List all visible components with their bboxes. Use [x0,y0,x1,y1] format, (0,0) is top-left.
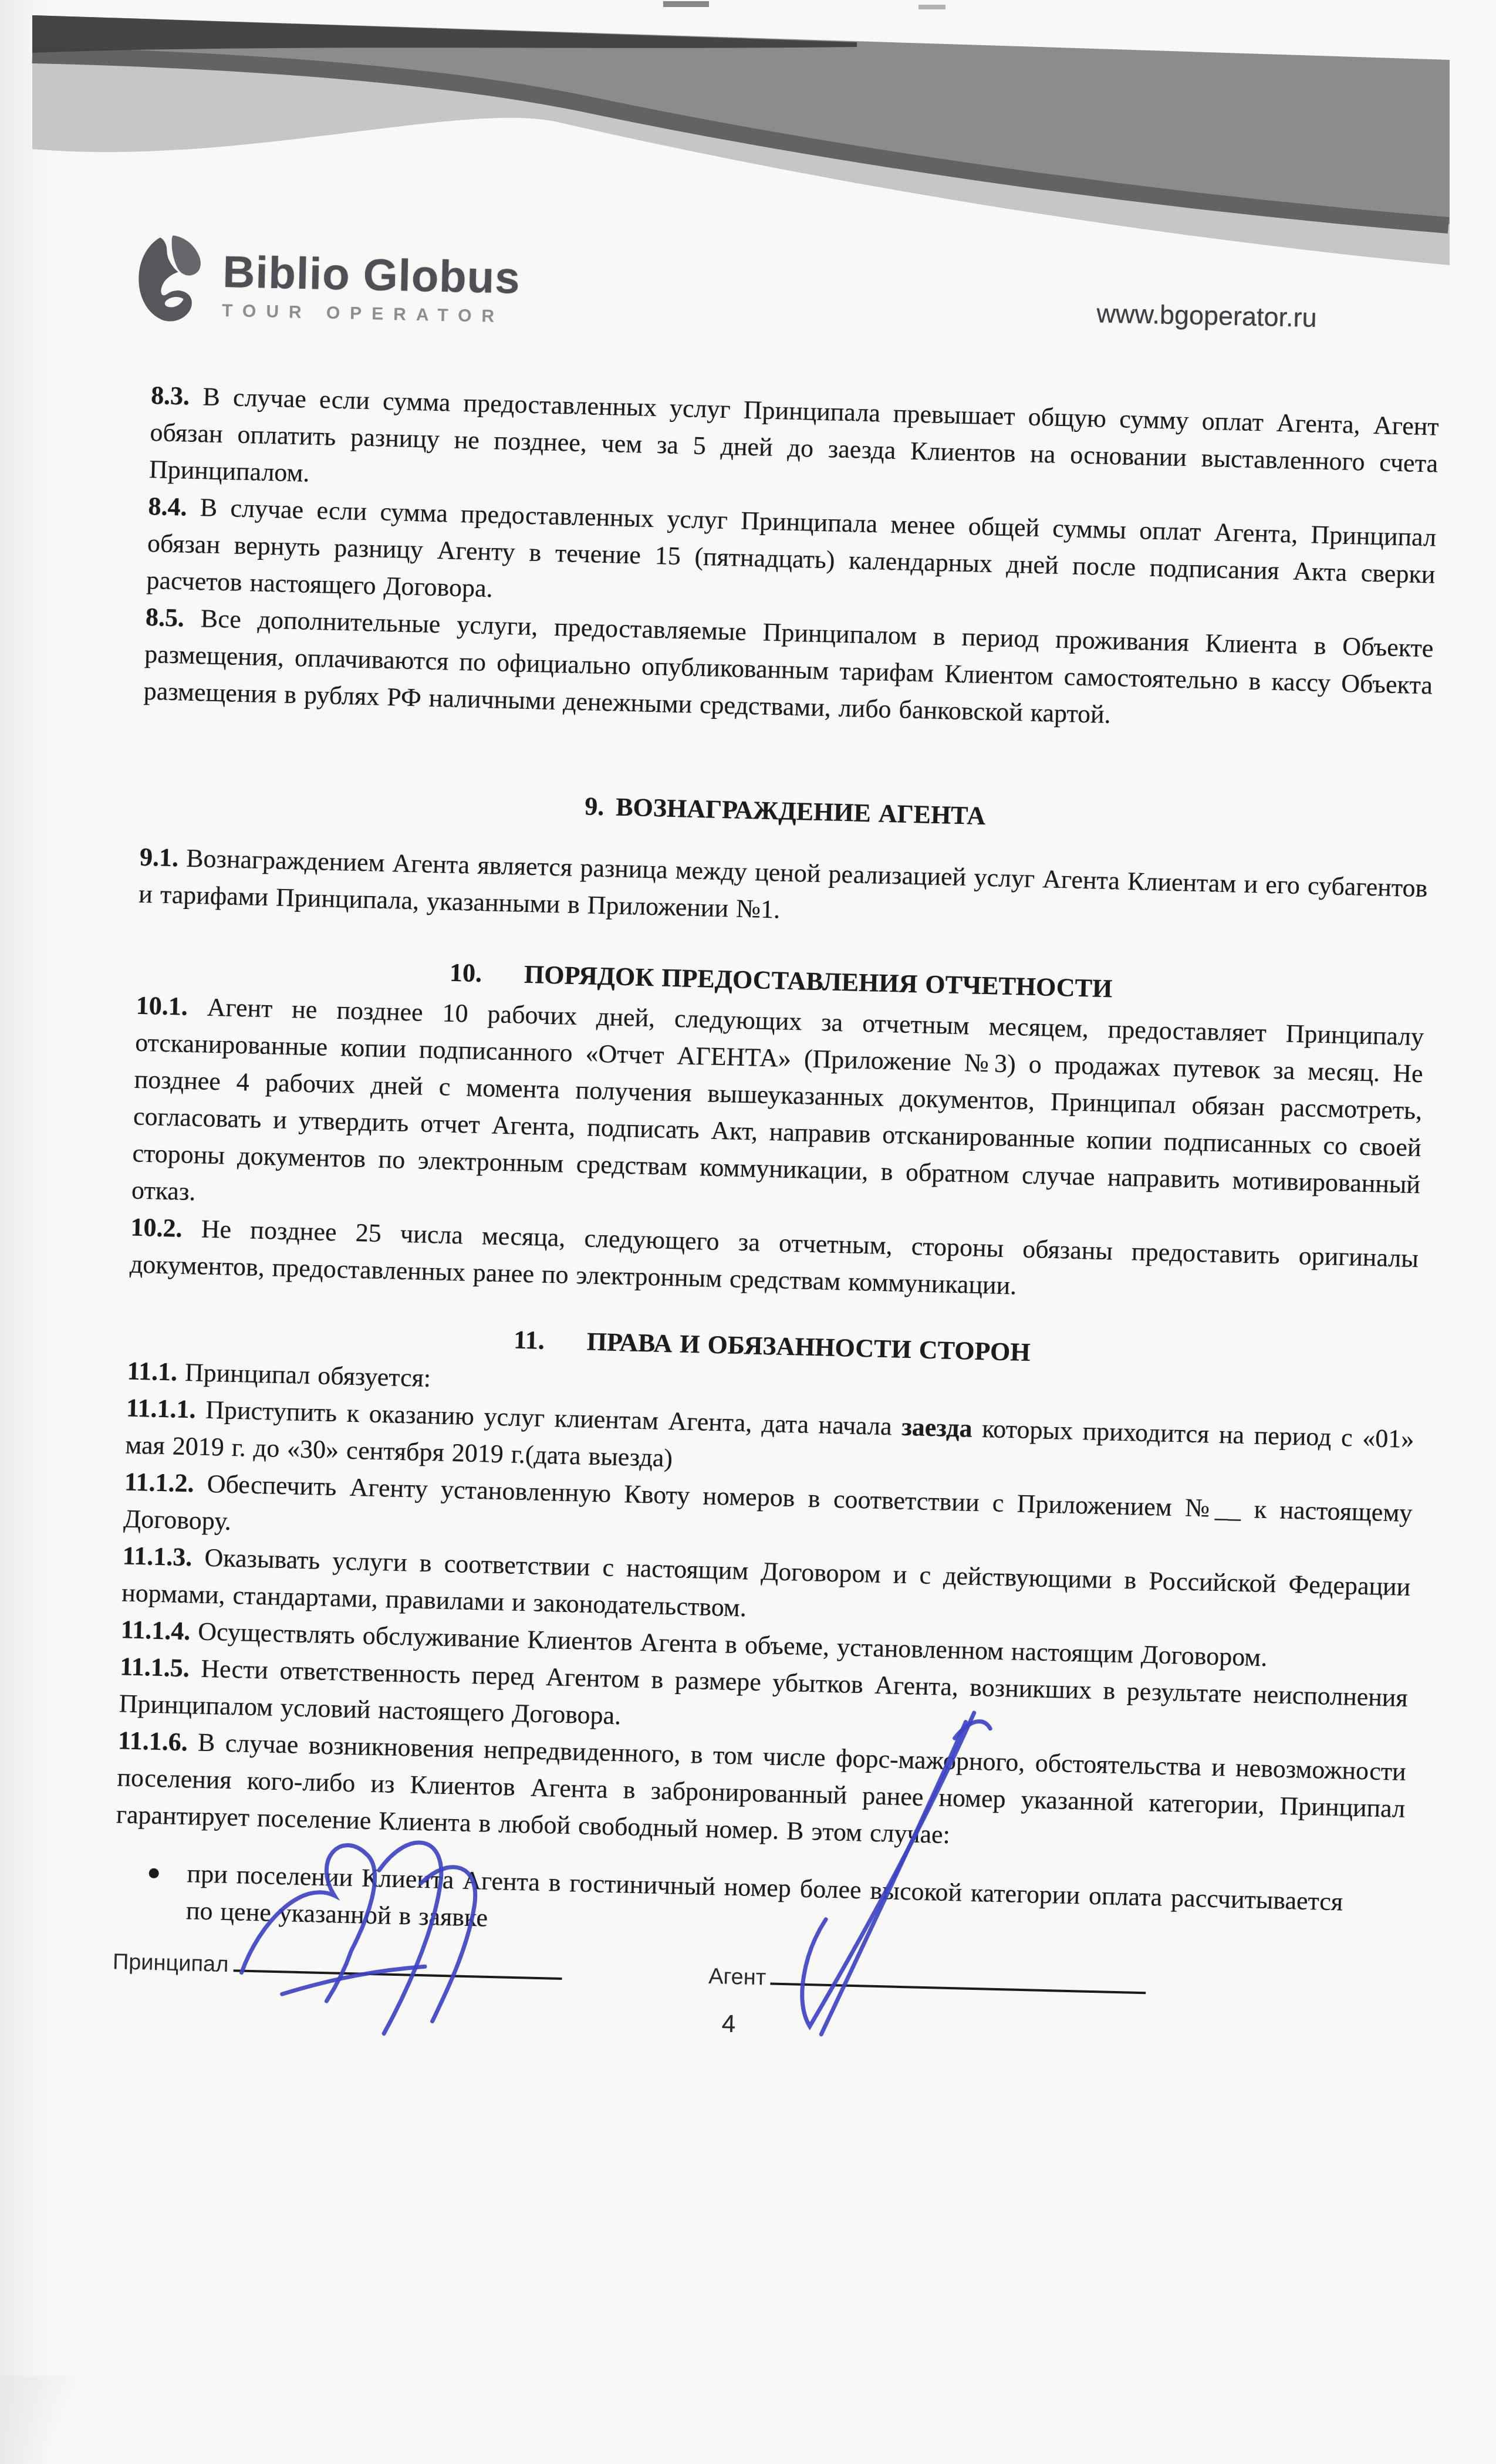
biblio-globus-logo: Biblio Globus TOUR OPERATOR [136,232,521,331]
section-title: ВОЗНАГРАЖДЕНИЕ АГЕНТА [616,789,986,834]
clause-number: 11.1.1. [126,1393,196,1424]
logo-subtitle: TOUR OPERATOR [222,301,520,327]
scan-speck [918,5,945,9]
clause-9-1: 9.1. Вознаграждением Агента является раз… [139,839,1428,944]
clause-text: Вознаграждением Агента является разница … [139,844,1428,924]
section-9-heading: 9. ВОЗНАГРАЖДЕНИЕ АГЕНТА [141,777,1430,846]
bullet-item: при поселении Клиента Агента в гостиничн… [147,1854,1403,1959]
clause-text: В случае если сумма предоставленных услу… [149,382,1440,487]
section-number: 9. [585,787,605,825]
clause-number: 10.1. [136,991,188,1021]
agent-label: Агент [708,1958,766,1996]
clause-number: 9.1. [139,843,178,873]
bullet-text: при поселении Клиента Агента в гостиничн… [185,1855,1343,1957]
clause-number: 11.1.5. [120,1652,190,1682]
clause-number: 8.3. [151,381,190,411]
wave-top-strip [32,15,857,53]
scanned-contract-page: Biblio Globus TOUR OPERATOR www.bgoperat… [0,0,1496,2464]
letterhead: Biblio Globus TOUR OPERATOR www.bgoperat… [135,232,1440,388]
contract-text: 8.3. В случае если сумма предоставленных… [111,377,1439,2059]
clause-number: 10.2. [130,1213,183,1243]
clause-number: 8.4. [148,492,187,522]
agent-signature-line [771,1963,1147,1995]
clause-number: 11.1.3. [122,1541,193,1571]
section-number: 10. [449,954,482,992]
page-number: 4 [721,2005,1400,2059]
scanner-edge-shading [0,2376,76,2464]
principal-signature-line [233,1949,562,1980]
clause-text: Принципал обязуется: [185,1358,431,1392]
website-url: www.bgoperator.ru [1096,298,1317,333]
biblio-globus-globe-icon [136,232,207,324]
section-title: ПРАВА И ОБЯЗАННОСТИ СТОРОН [586,1323,1031,1371]
clause-bold-word: заезда [901,1412,973,1443]
clause-10-1: 10.1. Агент не позднее 10 рабочих дней, … [131,987,1424,1241]
principal-label: Принципал [112,1944,229,1983]
clause-number: 11.1.4. [120,1615,191,1645]
bullet-dot-icon [148,1868,158,1878]
scan-speck [663,1,709,7]
clause-number: 11.1. [127,1357,178,1387]
section-number: 11. [514,1321,545,1359]
logo-title: Biblio Globus [222,249,521,302]
clause-number: 11.1.2. [124,1467,194,1498]
clause-number: 8.5. [145,603,184,633]
clause-number: 11.1.6. [118,1726,188,1756]
clause-text: Агент не позднее 10 рабочих дней, следую… [131,993,1424,1206]
